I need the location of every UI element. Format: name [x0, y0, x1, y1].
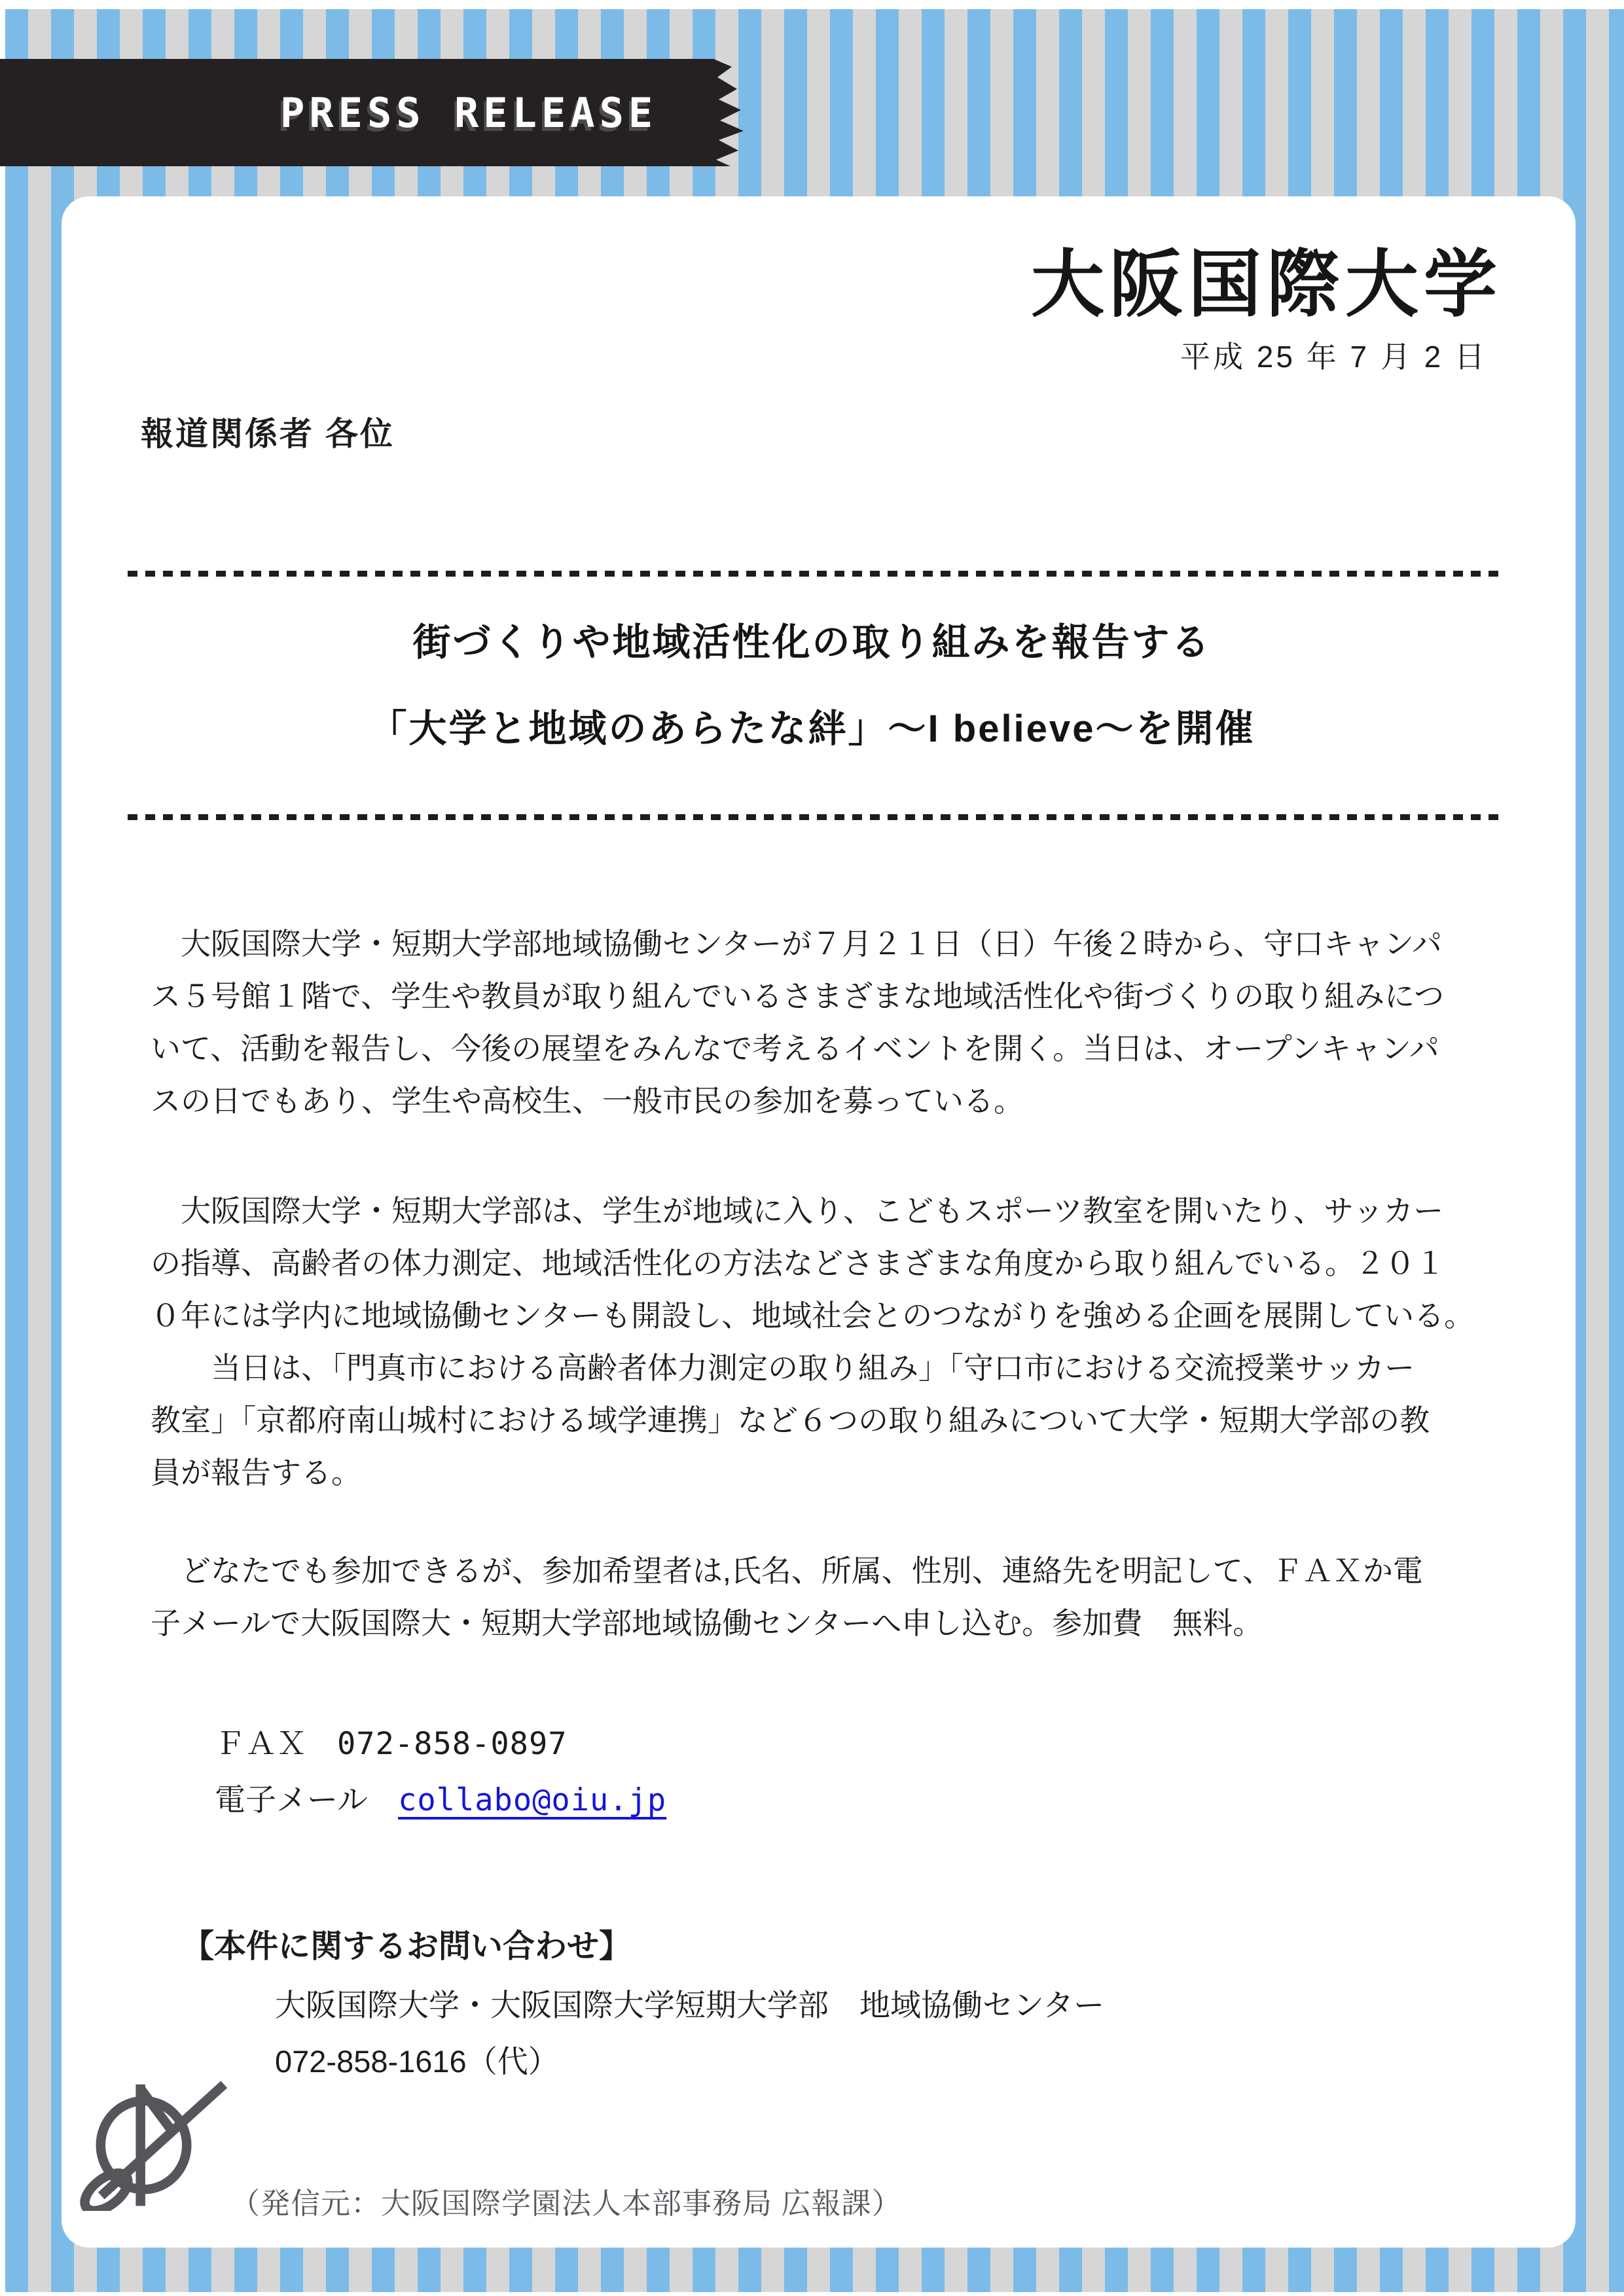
paragraph-line: 子メールで大阪国際大・短期大学部地域協働センターへ申し込む。参加費 無料。 — [151, 1597, 1532, 1649]
paragraph-line: いて、活動を報告し、今後の展望をみんなで考えるイベントを開く。当日は、オープンキ… — [151, 1022, 1532, 1075]
fax-number: 072-858-0897 — [337, 1726, 568, 1762]
dashed-divider-bottom — [128, 814, 1502, 820]
paragraph-line: スの日でもあり、学生や高校生、一般市民の参加を募っている。 — [151, 1075, 1532, 1127]
email-link[interactable]: collabo@oiu.jp — [398, 1782, 666, 1818]
paragraph-line: 教室」「京都府南山城村における域学連携」など６つの取り組みについて大学・短期大学… — [151, 1394, 1532, 1446]
paragraph-line: 大阪国際大学・短期大学部は、学生が地域に入り、こどもスポーツ教室を開いたり、サッ… — [151, 1185, 1532, 1237]
dashed-divider-top — [128, 571, 1502, 577]
body-paragraph-1: 大阪国際大学・短期大学部地域協働センターが７月２１日（日）午後２時から、守口キャ… — [151, 918, 1532, 1127]
body-paragraph-2: 大阪国際大学・短期大学部は、学生が地域に入り、こどもスポーツ教室を開いたり、サッ… — [151, 1185, 1532, 1499]
contact-organization: 大阪国際大学・大阪国際大学短期大学部 地域協働センター — [275, 1979, 1104, 2032]
press-release-label: PRESS RELEASE — [280, 89, 657, 137]
headline-line-2: 「大学と地域のあらたな絆」～I believe～を開催 — [0, 703, 1624, 755]
contact-heading: 【本件に関するお問い合わせ】 — [182, 1920, 631, 1973]
paragraph-line: どなたでも参加できるが、参加希望者は,氏名、所属、性別、連絡先を明記して、ＦＡＸ… — [151, 1545, 1532, 1597]
headline-line-1: 街づくりや地域活性化の取り組みを報告する — [0, 617, 1624, 669]
press-release-page: { "banner": { "label": "PRESS RELEASE" }… — [0, 0, 1624, 2296]
paragraph-line: 員が報告する。 — [151, 1446, 1532, 1499]
paragraph-line: 当日は、「門真市における高齢者体力測定の取り組み」「守口市における交流授業サッカ… — [151, 1342, 1532, 1394]
email-label: 電子メール — [215, 1774, 368, 1826]
fax-row: ＦＡＸ072-858-0897 — [215, 1717, 568, 1770]
fax-label: ＦＡＸ — [215, 1717, 307, 1770]
paragraph-line: ス５号館１階で、学生や教員が取り組んでいるさまざまな地域活性化や街づくりの取り組… — [151, 970, 1532, 1022]
contact-phone: 072-858-1616（代） — [275, 2036, 559, 2088]
university-logo-icon — [77, 2080, 229, 2211]
paragraph-line: の指導、高齢者の体力測定、地域活性化の方法などさまざまな角度から取り組んでいる。… — [151, 1237, 1532, 1289]
paragraph-line: 大阪国際大学・短期大学部地域協働センターが７月２１日（日）午後２時から、守口キャ… — [151, 918, 1532, 970]
source-note: （発信元：大阪国際学園法人本部事務局 広報課） — [230, 2183, 902, 2224]
press-release-banner: PRESS RELEASE — [0, 59, 746, 166]
university-name: 大阪国際大学 — [1031, 242, 1502, 327]
release-date: 平成 25 年 7 月 2 日 — [1180, 336, 1487, 377]
body-paragraph-3: どなたでも参加できるが、参加希望者は,氏名、所属、性別、連絡先を明記して、ＦＡＸ… — [151, 1545, 1532, 1649]
email-row: 電子メールcollabo@oiu.jp — [215, 1774, 666, 1827]
university-logo — [77, 2080, 229, 2211]
paragraph-line: ０年には学内に地域協働センターも開設し、地域社会とのつながりを強める企画を展開し… — [151, 1289, 1532, 1342]
addressee-line: 報道関係者 各位 — [141, 412, 395, 456]
